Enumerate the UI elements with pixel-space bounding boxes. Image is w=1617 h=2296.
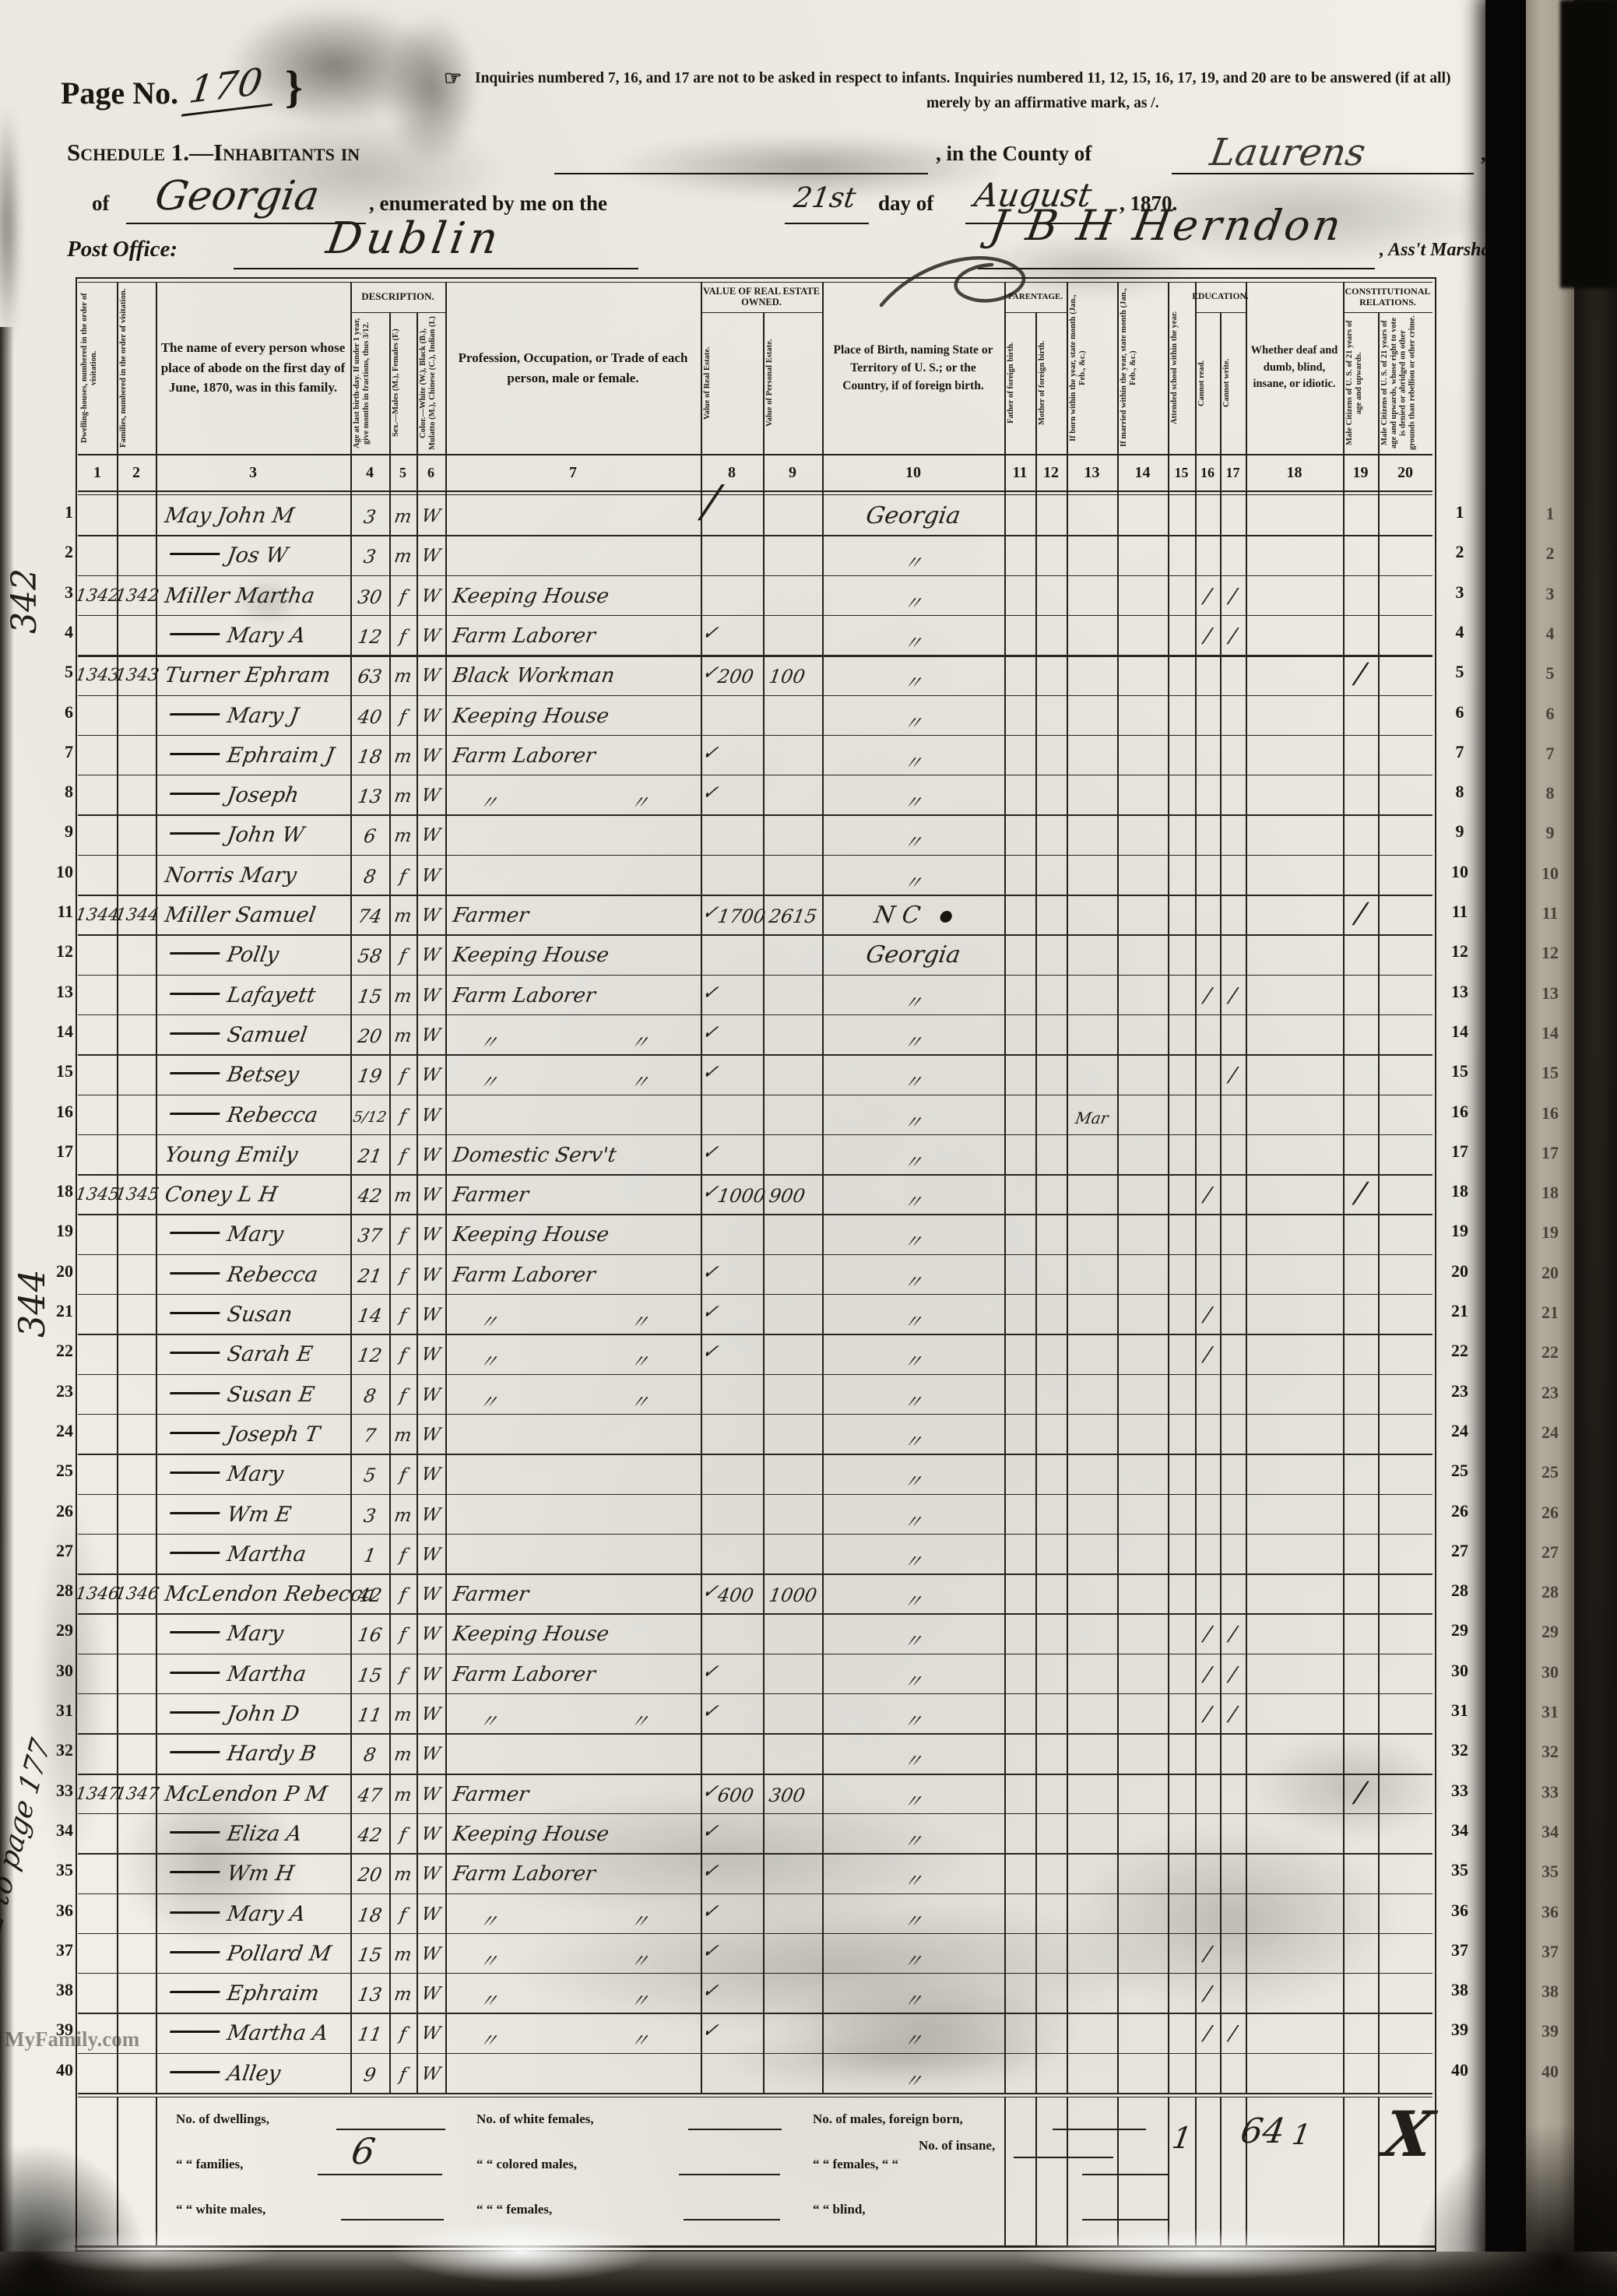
row-number-left: 40 xyxy=(39,2060,73,2080)
person-name: Norris Mary xyxy=(163,863,299,888)
sex-value: f xyxy=(388,1386,418,1406)
sex-value: m xyxy=(388,986,418,1007)
column-number: 17 xyxy=(1220,458,1246,487)
column-number: 20 xyxy=(1378,458,1432,487)
cannot-read-mark: ∕ xyxy=(1193,1303,1222,1327)
row-number-ghost: 1 xyxy=(1526,504,1574,524)
row-line xyxy=(78,1334,1432,1334)
age-value: 6 xyxy=(349,825,391,847)
row-line xyxy=(78,695,1432,696)
age-value: 63 xyxy=(349,666,391,687)
sex-value: f xyxy=(388,1225,418,1246)
cannot-read-mark: ∕ xyxy=(1193,1623,1222,1646)
person-name: Rebecca xyxy=(163,1263,320,1287)
column-group-label: DESCRIPTION. xyxy=(350,282,445,313)
footer-column-line xyxy=(1378,2097,1380,2245)
birthplace-value: 〃 xyxy=(820,867,1007,895)
footer-blank xyxy=(684,2219,780,2220)
row-line xyxy=(78,1014,1432,1015)
color-value: W xyxy=(415,1584,447,1605)
row-number-left: 25 xyxy=(39,1461,73,1481)
census-table: DESCRIPTION.VALUE OF REAL ESTATE OWNED.P… xyxy=(0,0,1617,2296)
cannot-read-mark: ∕ xyxy=(1193,1703,1222,1726)
person-name: John W xyxy=(163,823,306,847)
row-number-ghost: 29 xyxy=(1526,1622,1574,1642)
sex-value: m xyxy=(388,1945,418,1965)
row-line xyxy=(78,775,1432,775)
person-name: Turner Ephram xyxy=(163,663,332,687)
paper-stain xyxy=(195,109,522,234)
bottom-glow-1 xyxy=(389,2220,654,2283)
footer-column-line xyxy=(1343,2097,1345,2245)
person-name: May John M xyxy=(163,504,297,528)
person-name: Susan xyxy=(163,1303,294,1327)
row-number-right: 7 xyxy=(1437,742,1482,762)
ditto-dash xyxy=(170,1552,220,1554)
sex-value: f xyxy=(388,946,418,966)
color-value: W xyxy=(415,1345,447,1365)
color-value: W xyxy=(415,1305,447,1325)
row-number-ghost: 36 xyxy=(1526,1902,1574,1922)
age-value: 42 xyxy=(349,1824,391,1846)
row-number-left: 20 xyxy=(39,1261,73,1282)
age-value: 20 xyxy=(349,1864,391,1886)
person-name: Mary xyxy=(163,1462,286,1486)
numband-bottom-line2 xyxy=(78,494,1432,495)
footer-column-line xyxy=(1117,2097,1119,2245)
row-number-ghost: 7 xyxy=(1526,744,1574,764)
row-number-right: 20 xyxy=(1437,1261,1482,1282)
column-header: Profession, Occupation, or Trade of each… xyxy=(450,285,696,451)
ditto-dash xyxy=(170,713,220,716)
column-number: 12 xyxy=(1035,458,1067,487)
sex-value: f xyxy=(388,1625,418,1645)
row-number-left: 1 xyxy=(39,502,73,522)
table-bottom-line2 xyxy=(78,2097,1432,2097)
column-header: If born within the year, state month (Ja… xyxy=(1069,285,1115,451)
color-value: W xyxy=(415,1145,447,1166)
sex-value: f xyxy=(388,707,418,727)
column-header: Cannot read. xyxy=(1197,315,1218,451)
real-estate-check: ✓ xyxy=(701,981,721,1004)
row-number-right: 18 xyxy=(1437,1181,1482,1201)
cannot-write-mark: ∕ xyxy=(1218,2022,1248,2045)
occupation-value: Black Workman xyxy=(452,664,617,687)
row-number-right: 35 xyxy=(1437,1860,1482,1880)
cannot-read-mark: ∕ xyxy=(1193,1663,1222,1686)
person-name: Alley xyxy=(163,2062,283,2086)
column-number: 2 xyxy=(117,458,156,487)
row-number-right: 2 xyxy=(1437,542,1482,562)
row-number-ghost: 31 xyxy=(1526,1702,1574,1722)
row-number-right: 1 xyxy=(1437,502,1482,522)
age-value: 19 xyxy=(349,1065,391,1087)
color-value: W xyxy=(415,2064,447,2084)
insane-blank xyxy=(1014,2157,1113,2158)
color-value: W xyxy=(415,1385,447,1405)
column-header: Value of Personal Estate. xyxy=(765,315,820,451)
row-number-ghost: 28 xyxy=(1526,1582,1574,1602)
age-value: 58 xyxy=(349,945,391,967)
row-number-ghost: 26 xyxy=(1526,1503,1574,1523)
color-value: W xyxy=(415,1944,447,1964)
row-number-left: 11 xyxy=(39,902,73,922)
color-value: W xyxy=(415,1106,447,1126)
occupation-value: Farmer xyxy=(452,904,530,927)
footer-column-line xyxy=(1004,2097,1006,2245)
ditto-dash xyxy=(170,1991,220,1993)
sex-value: m xyxy=(388,666,418,687)
person-name: Polly xyxy=(163,943,281,967)
row-line xyxy=(78,1294,1432,1295)
birthplace-value: 〃 xyxy=(820,1387,1007,1414)
footer-blank xyxy=(336,2129,445,2130)
column-number: 15 xyxy=(1168,458,1195,487)
occupation-value: Farm Laborer xyxy=(452,744,597,768)
person-name: Wm E xyxy=(163,1503,294,1527)
row-number-left: 6 xyxy=(39,702,73,723)
row-number-ghost: 19 xyxy=(1526,1222,1574,1243)
age-value: 18 xyxy=(349,746,391,768)
row-line xyxy=(78,2093,1432,2094)
right-black-band xyxy=(1485,0,1526,2296)
ditto-dash xyxy=(170,2031,220,2033)
column-header: Cannot write. xyxy=(1222,315,1243,451)
real-estate-value: 200 xyxy=(716,666,755,687)
color-value: W xyxy=(415,1984,447,2004)
row-number-left: 3 xyxy=(39,582,73,603)
age-value: 8 xyxy=(349,866,391,888)
birthplace-value: 〃 xyxy=(820,1306,1007,1334)
cannot-write-mark: ∕ xyxy=(1218,585,1248,608)
column-group-label: EDUCATION. xyxy=(1195,282,1246,313)
sex-value: m xyxy=(388,507,418,527)
row-line xyxy=(78,1134,1432,1135)
footer-label: “ “ “ females, xyxy=(476,2202,552,2217)
column-number: 5 xyxy=(389,458,417,487)
column-header: Families, numbered in the order of visit… xyxy=(119,285,153,451)
person-name: John D xyxy=(163,1702,301,1726)
birthplace-value: Georgia xyxy=(820,502,1007,529)
column-number: 19 xyxy=(1343,458,1378,487)
row-number-ghost: 33 xyxy=(1526,1782,1574,1802)
column-group-label: VALUE OF REAL ESTATE OWNED. xyxy=(701,282,822,313)
column-number: 6 xyxy=(417,458,445,487)
sex-value: m xyxy=(388,747,418,767)
footer-label: “ “ blind, xyxy=(813,2202,866,2217)
sex-value: m xyxy=(388,1186,418,1206)
row-number-ghost: 38 xyxy=(1526,1981,1574,2002)
cannot-write-mark: ∕ xyxy=(1218,984,1248,1007)
row-number-ghost: 30 xyxy=(1526,1662,1574,1682)
row-number-left: 38 xyxy=(39,1980,73,2000)
footer-column-line xyxy=(156,2097,157,2245)
ditto-dash xyxy=(170,1113,220,1115)
occupation-value: Domestic Serv't xyxy=(452,1144,618,1167)
row-number-left: 13 xyxy=(39,982,73,1002)
header-bottom-line xyxy=(78,454,1432,455)
column-header: If married within the year, state month … xyxy=(1120,285,1165,451)
row-line xyxy=(78,814,1432,815)
row-number-left: 19 xyxy=(39,1221,73,1241)
sex-value: f xyxy=(388,1266,418,1286)
sex-value: m xyxy=(388,1785,418,1806)
birthplace-value: 〃 xyxy=(820,1706,1007,1733)
row-line xyxy=(78,655,1432,656)
color-value: W xyxy=(415,1065,447,1085)
footer-column-line xyxy=(1067,2097,1068,2245)
column-number: 4 xyxy=(350,458,389,487)
row-number-left: 36 xyxy=(39,1900,73,1921)
bottom-glow-3 xyxy=(31,2230,280,2273)
column-number: 1 xyxy=(78,458,117,487)
footer-blank xyxy=(679,2174,780,2175)
row-number-left: 8 xyxy=(39,782,73,802)
person-name: Martha A xyxy=(163,2021,330,2045)
footer-label: “ “ white males, xyxy=(176,2202,265,2217)
row-number-ghost: 12 xyxy=(1526,943,1574,963)
personal-estate-value: 1000 xyxy=(768,1584,819,1606)
occupation-value: Keeping House xyxy=(452,705,611,728)
color-value: W xyxy=(415,506,447,526)
ditto-dash xyxy=(170,993,220,995)
column-number: 14 xyxy=(1117,458,1168,487)
row-line xyxy=(78,1733,1432,1734)
row-number-left: 7 xyxy=(39,742,73,762)
census-page: Page No. 170 } ☞ Inquiries numbered 7, 1… xyxy=(0,0,1617,2296)
color-value: W xyxy=(415,1225,447,1245)
row-number-ghost: 4 xyxy=(1526,624,1574,644)
real-estate-value: 1700 xyxy=(716,905,768,927)
person-name: Coney L H xyxy=(163,1183,279,1207)
occupation-value: Keeping House xyxy=(452,585,611,608)
sex-value: f xyxy=(388,1905,418,1925)
row-number-right: 30 xyxy=(1437,1661,1482,1681)
age-value: 21 xyxy=(349,1265,391,1287)
color-value: W xyxy=(415,706,447,726)
sex-value: f xyxy=(388,1066,418,1086)
row-line xyxy=(78,934,1432,935)
footer-blank xyxy=(318,2174,442,2175)
column-header: The name of every person whose place of … xyxy=(160,285,346,451)
column-header: Sex.—Males (M.), Females (F.) xyxy=(392,315,414,451)
real-estate-check: ✓ xyxy=(701,1261,721,1283)
ditto-dash xyxy=(170,753,220,755)
row-number-right: 38 xyxy=(1437,1980,1482,2000)
ditto-dash xyxy=(170,1392,220,1394)
age-value: 5 xyxy=(349,1464,391,1486)
sex-value: f xyxy=(388,1465,418,1486)
ditto-dash xyxy=(170,793,220,795)
ditto-dash xyxy=(170,832,220,835)
column-number: 10 xyxy=(822,458,1004,487)
ditto-dash xyxy=(170,1711,220,1714)
row-number-ghost: 17 xyxy=(1526,1143,1574,1163)
row-line xyxy=(78,1214,1432,1215)
sex-value: m xyxy=(388,547,418,567)
sex-value: m xyxy=(388,1705,418,1725)
ditto-dash xyxy=(170,553,220,555)
color-value: W xyxy=(415,986,447,1006)
cannot-read-mark: ∕ xyxy=(1193,585,1222,608)
family-number: 1343 xyxy=(114,666,160,685)
column-header: Mother of foreign birth. xyxy=(1038,315,1064,451)
row-number-ghost: 24 xyxy=(1526,1422,1574,1443)
row-number-right: 10 xyxy=(1437,862,1482,882)
person-name: Mary J xyxy=(163,704,301,728)
row-number-right: 32 xyxy=(1437,1740,1482,1760)
age-value: 3 xyxy=(349,506,391,528)
row-line xyxy=(78,1494,1432,1495)
column-header: Age at last birth-day. If under 1 year, … xyxy=(353,315,387,451)
birthplace-value: 〃 xyxy=(820,1507,1007,1534)
age-value: 42 xyxy=(349,1584,391,1606)
row-line xyxy=(78,1654,1432,1654)
row-number-left: 16 xyxy=(39,1102,73,1122)
occupation-value: Farmer xyxy=(452,1583,530,1606)
color-value: W xyxy=(415,1704,447,1725)
row-number-right: 37 xyxy=(1437,1940,1482,1960)
birthplace-value: 〃 xyxy=(820,1346,1007,1373)
sex-value: m xyxy=(388,906,418,926)
person-name: Lafayett xyxy=(163,983,318,1007)
row-number-ghost: 9 xyxy=(1526,823,1574,843)
sex-value: f xyxy=(388,1345,418,1366)
person-name: Joseph xyxy=(163,783,301,807)
paper-stain xyxy=(31,1479,109,1884)
row-number-right: 19 xyxy=(1437,1221,1482,1241)
age-value: 18 xyxy=(349,1904,391,1926)
age-value: 21 xyxy=(349,1145,391,1167)
occupation-value: Farm Laborer xyxy=(452,984,597,1007)
row-number-right: 23 xyxy=(1437,1381,1482,1401)
birthplace-value: 〃 xyxy=(820,1466,1007,1493)
real-estate-check: ✓ xyxy=(701,1660,721,1682)
footer-label: “ “ females, “ “ xyxy=(813,2157,898,2172)
row-number-right: 14 xyxy=(1437,1021,1482,1042)
birthplace-value: 〃 xyxy=(820,1187,1007,1214)
cannot-read-mark: ∕ xyxy=(1193,1183,1222,1207)
ditto-dash xyxy=(170,2071,220,2073)
cannot-write-mark: ∕ xyxy=(1218,1663,1248,1686)
person-name: Martha xyxy=(163,1662,308,1686)
row-line xyxy=(78,1774,1432,1775)
age-value: 12 xyxy=(349,626,391,648)
person-name: Hardy B xyxy=(163,1742,318,1766)
sex-value: m xyxy=(388,1985,418,2005)
corner-dark-top-right xyxy=(1560,0,1617,288)
row-number-ghost: 23 xyxy=(1526,1383,1574,1403)
footer-column-line xyxy=(1035,2097,1037,2245)
occupation-value: Farm Laborer xyxy=(452,624,597,648)
real-estate-check: ✓ xyxy=(701,1141,721,1163)
row-number-right: 21 xyxy=(1437,1301,1482,1321)
sex-value: f xyxy=(388,1106,418,1127)
age-value: 5/12 xyxy=(349,1109,390,1126)
person-name: Betsey xyxy=(163,1063,301,1087)
row-number-right: 28 xyxy=(1437,1580,1482,1601)
footer-column-line xyxy=(1195,2097,1197,2245)
ditto-dash xyxy=(170,633,220,635)
row-line xyxy=(78,735,1432,736)
sex-value: f xyxy=(388,867,418,887)
color-value: W xyxy=(415,1744,447,1764)
age-value: 13 xyxy=(349,786,391,807)
column-header: Value of Real Estate. xyxy=(703,315,761,451)
footer-blank xyxy=(1082,2174,1168,2175)
person-name: Joseph T xyxy=(163,1422,322,1447)
person-name: Mary xyxy=(163,1222,286,1246)
row-number-right: 39 xyxy=(1437,2020,1482,2040)
age-value: 11 xyxy=(349,2024,391,2045)
color-value: W xyxy=(415,786,447,806)
ink-blot xyxy=(939,911,952,923)
sex-value: f xyxy=(388,587,418,607)
row-number-right: 40 xyxy=(1437,2060,1482,2080)
paper-stain xyxy=(592,131,1028,202)
personal-estate-value: 100 xyxy=(768,666,807,687)
row-number-ghost: 13 xyxy=(1526,983,1574,1004)
birthplace-value: 〃 xyxy=(820,1267,1007,1294)
row-number-left: 10 xyxy=(39,862,73,882)
citizen-mark: ∕ xyxy=(1341,898,1380,930)
person-name: McLendon Rebecca xyxy=(163,1582,377,1606)
age-value: 15 xyxy=(349,1665,391,1686)
row-line xyxy=(78,1693,1432,1694)
row-number-right: 5 xyxy=(1437,662,1482,682)
row-number-ghost: 35 xyxy=(1526,1862,1574,1882)
person-name: Ephraim J xyxy=(163,744,336,768)
color-value: W xyxy=(415,905,447,926)
ditto-dash xyxy=(170,1631,220,1633)
age-value: 9 xyxy=(349,2064,391,2086)
birthplace-value: 〃 xyxy=(820,1746,1007,1773)
column-number: 9 xyxy=(763,458,822,487)
left-page-edge xyxy=(0,327,14,2296)
row-number-left: 17 xyxy=(39,1141,73,1162)
row-number-ghost: 15 xyxy=(1526,1063,1574,1083)
birthplace-value: N C xyxy=(820,902,1007,929)
column-number: 11 xyxy=(1004,458,1035,487)
ditto-dash xyxy=(170,1751,220,1753)
sex-value: f xyxy=(388,2065,418,2085)
column-header: Color.—White (W.), Black (B.), Mulatto (… xyxy=(419,315,443,451)
person-name: Miller Samuel xyxy=(163,903,318,927)
row-number-ghost: 10 xyxy=(1526,863,1574,884)
person-name: Ephraim xyxy=(163,1981,322,2006)
born-month-value: Mar xyxy=(1065,1109,1119,1127)
row-number-left: 9 xyxy=(39,821,73,842)
age-value: 8 xyxy=(349,1385,391,1407)
row-number-left: 14 xyxy=(39,1021,73,1042)
age-value: 11 xyxy=(349,1704,391,1726)
sex-value: f xyxy=(388,627,418,647)
row-line xyxy=(78,895,1432,896)
row-number-right: 25 xyxy=(1437,1461,1482,1481)
occupation-value: Farmer xyxy=(452,1183,530,1207)
row-number-left: 22 xyxy=(39,1341,73,1361)
row-number-left: 5 xyxy=(39,662,73,682)
real-estate-check: ✓ xyxy=(701,621,721,644)
column-header: Male Citizens of U. S. of 21 years of ag… xyxy=(1345,315,1376,451)
birthplace-value: 〃 xyxy=(820,1546,1007,1573)
birthplace-value: 〃 xyxy=(820,987,1007,1014)
sex-value: f xyxy=(388,1146,418,1166)
column-header: Whether deaf and dumb, blind, insane, or… xyxy=(1250,285,1338,451)
sex-value: f xyxy=(388,1306,418,1326)
column-number: 18 xyxy=(1246,458,1343,487)
color-value: W xyxy=(415,1185,447,1205)
